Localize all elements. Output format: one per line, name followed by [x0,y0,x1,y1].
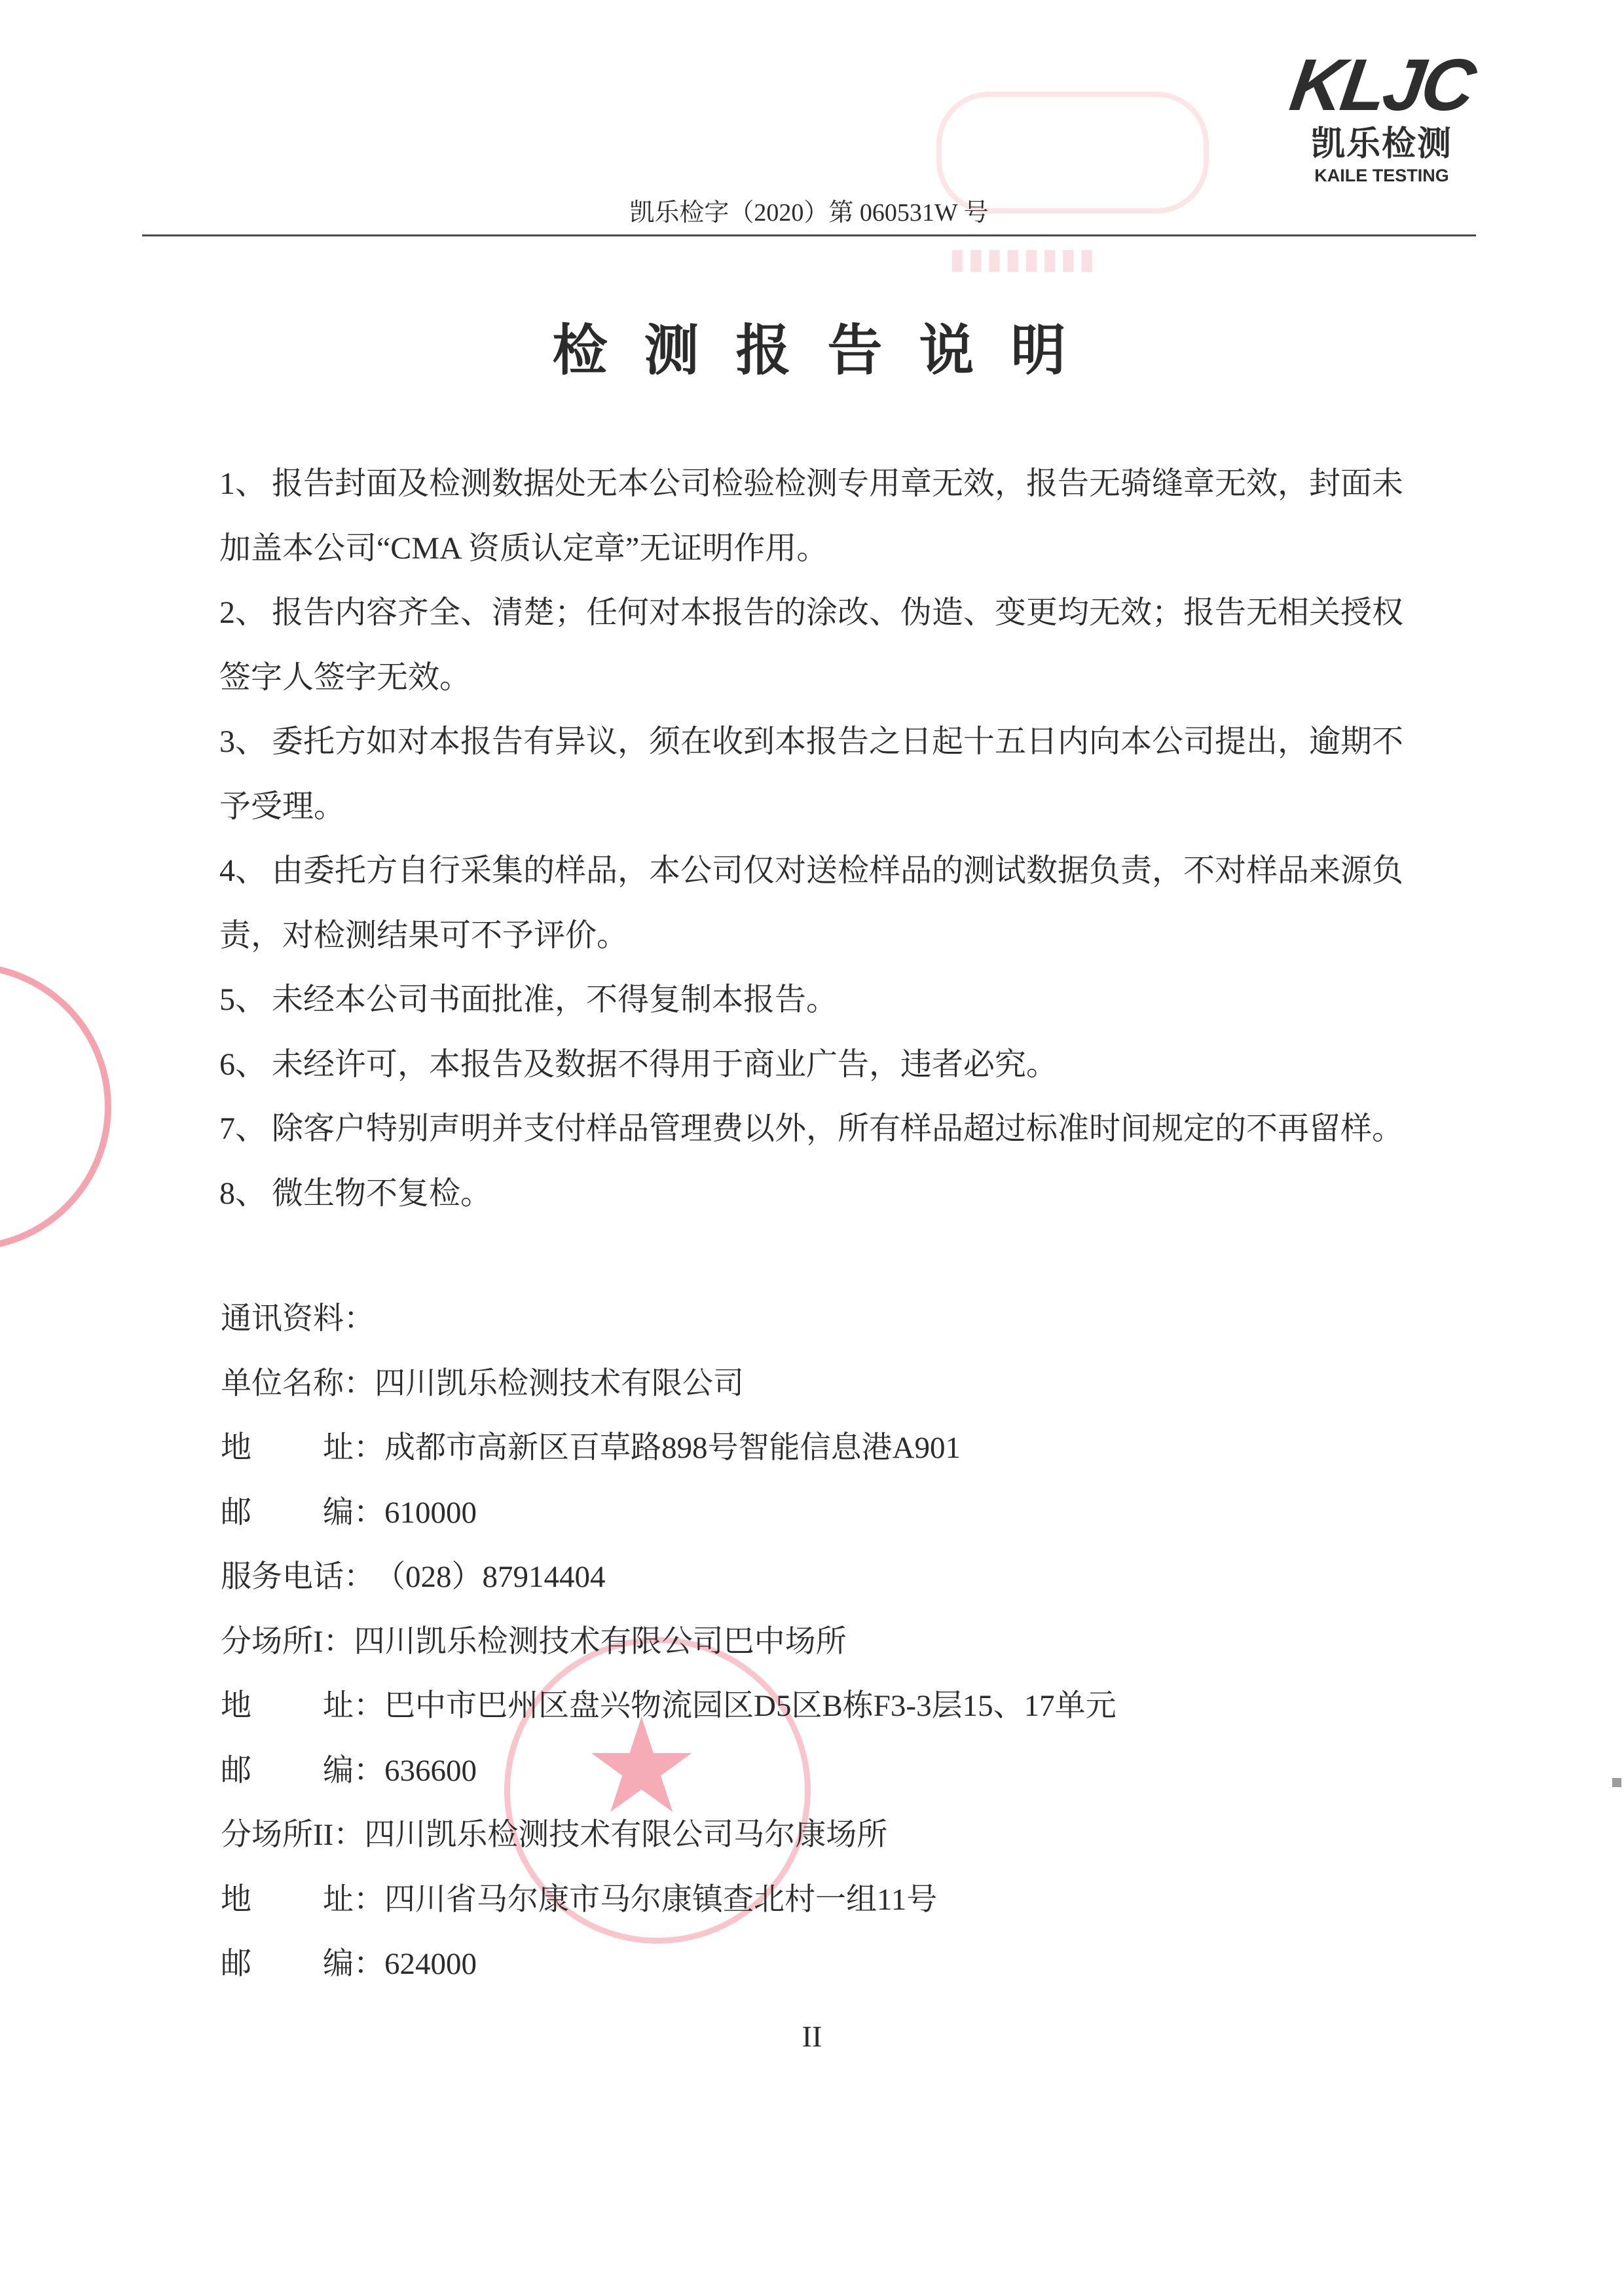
label: 邮编： [221,1932,384,1997]
branch-1-zip: 邮编：636600 [221,1739,1465,1804]
note-text: 报告内容齐全、清楚；任何对本报告的涂改、伪造、变更均无效；报告无相关授权 [272,595,1403,630]
page-number: II [0,2017,1624,2056]
contact-address: 地址：成都市高新区百草路898号智能信息港A901 [221,1416,1465,1481]
label: 分场所II： [221,1803,364,1868]
value: 624000 [384,1947,477,1981]
note-number: 4、 [219,839,272,904]
note-number: 6、 [219,1033,272,1098]
label: 地址： [221,1674,384,1739]
branch-2-zip: 邮编：624000 [221,1932,1465,1997]
note-item-continued: 签字人签字无效。 [219,646,1464,711]
note-text: 由委托方自行采集的样品，本公司仅对送检样品的测试数据负责，不对样品来源负 [272,853,1403,888]
scan-edge-mark [1612,1778,1621,1787]
contact-phone: 服务电话：（028）87914404 [221,1545,1465,1610]
logo-name-en: KAILE TESTING [1287,164,1477,187]
value: 四川省马尔康市马尔康镇查北村一组11号 [384,1883,937,1917]
value: 四川凯乐检测技术有限公司巴中场所 [354,1625,847,1659]
label: 单位名称： [221,1352,375,1416]
note-text: 未经本公司书面批准，不得复制本报告。 [272,982,838,1017]
logo-mark: KLJC [1282,46,1483,124]
label: 服务电话： [221,1545,375,1610]
value: 成都市高新区百草路898号智能信息港A901 [384,1431,961,1465]
contact-zip: 邮编：610000 [221,1481,1465,1546]
note-number: 8、 [219,1162,272,1227]
faint-stamp-top-text: ▮▮▮▮▮▮▮▮ [950,242,1098,276]
note-number: 7、 [219,1097,272,1162]
note-text: 除客户特别声明并支付样品管理费以外，所有样品超过标准时间规定的不再留样。 [272,1111,1403,1146]
value: 636600 [384,1754,477,1788]
note-text: 微生物不复检。 [272,1176,492,1211]
note-item: 4、由委托方自行采集的样品，本公司仅对送检样品的测试数据负责，不对样品来源负 [219,839,1464,904]
note-item: 8、微生物不复检。 [219,1162,1464,1227]
note-item: 6、未经许可，本报告及数据不得用于商业广告，违者必究。 [219,1033,1464,1098]
note-item: 5、未经本公司书面批准，不得复制本报告。 [219,968,1464,1033]
label: 分场所I： [221,1610,354,1675]
contact-heading: 通讯资料： [221,1287,1465,1352]
note-number: 3、 [219,710,272,775]
header-divider [142,234,1476,236]
page-title: 检测报告说明 [142,314,1476,386]
note-item: 7、除客户特别声明并支付样品管理费以外，所有样品超过标准时间规定的不再留样。 [219,1097,1464,1162]
branch-1-address: 地址：巴中市巴州区盘兴物流园区D5区B栋F3-3层15、17单元 [221,1674,1465,1739]
note-item-continued: 责，对检测结果可不予评价。 [219,904,1464,969]
branch-2-name: 分场所II：四川凯乐检测技术有限公司马尔康场所 [221,1803,1465,1868]
branch-2-address: 地址：四川省马尔康市马尔康镇查北村一组11号 [221,1868,1465,1933]
value: （028）87914404 [375,1560,606,1594]
note-item-continued: 予受理。 [219,775,1464,840]
faint-stamp-top [936,92,1209,213]
contact-company-name: 单位名称：四川凯乐检测技术有限公司 [221,1352,1465,1416]
branch-1-name: 分场所I：四川凯乐检测技术有限公司巴中场所 [221,1610,1465,1675]
label: 地址： [221,1868,384,1933]
company-logo: KLJC 凯乐检测 KAILE TESTING [1287,46,1477,203]
logo-name-cn: 凯乐检测 [1287,124,1477,164]
note-text: 报告封面及检测数据处无本公司检验检测专用章无效，报告无骑缝章无效，封面未 [272,466,1403,501]
note-text: 委托方如对本报告有异议，须在收到本报告之日起十五日内向本公司提出，逾期不 [272,724,1403,759]
note-text: 未经许可，本报告及数据不得用于商业广告，违者必究。 [272,1047,1058,1082]
note-number: 1、 [219,452,272,517]
note-item-continued: 加盖本公司“CMA 资质认定章”无证明作用。 [219,517,1464,582]
label: 邮编： [221,1739,384,1804]
value: 巴中市巴州区盘兴物流园区D5区B栋F3-3层15、17单元 [384,1689,1116,1723]
note-item: 3、委托方如对本报告有异议，须在收到本报告之日起十五日内向本公司提出，逾期不 [219,710,1464,775]
notes-list: 1、报告封面及检测数据处无本公司检验检测专用章无效，报告无骑缝章无效，封面未 加… [219,452,1464,1226]
value: 四川凯乐检测技术有限公司 [375,1367,744,1401]
report-reference-number: 凯乐检字（2020）第 060531W 号 [142,196,1476,229]
note-item: 1、报告封面及检测数据处无本公司检验检测专用章无效，报告无骑缝章无效，封面未 [219,452,1464,517]
note-number: 5、 [219,968,272,1033]
seal-stamp-left [0,963,111,1251]
note-number: 2、 [219,581,272,646]
label: 邮编： [221,1481,384,1546]
note-item: 2、报告内容齐全、清楚；任何对本报告的涂改、伪造、变更均无效；报告无相关授权 [219,581,1464,646]
value: 四川凯乐检测技术有限公司马尔康场所 [364,1818,887,1852]
contact-info: 通讯资料： 单位名称：四川凯乐检测技术有限公司 地址：成都市高新区百草路898号… [221,1287,1465,1997]
label: 地址： [221,1416,384,1481]
value: 610000 [384,1496,477,1530]
